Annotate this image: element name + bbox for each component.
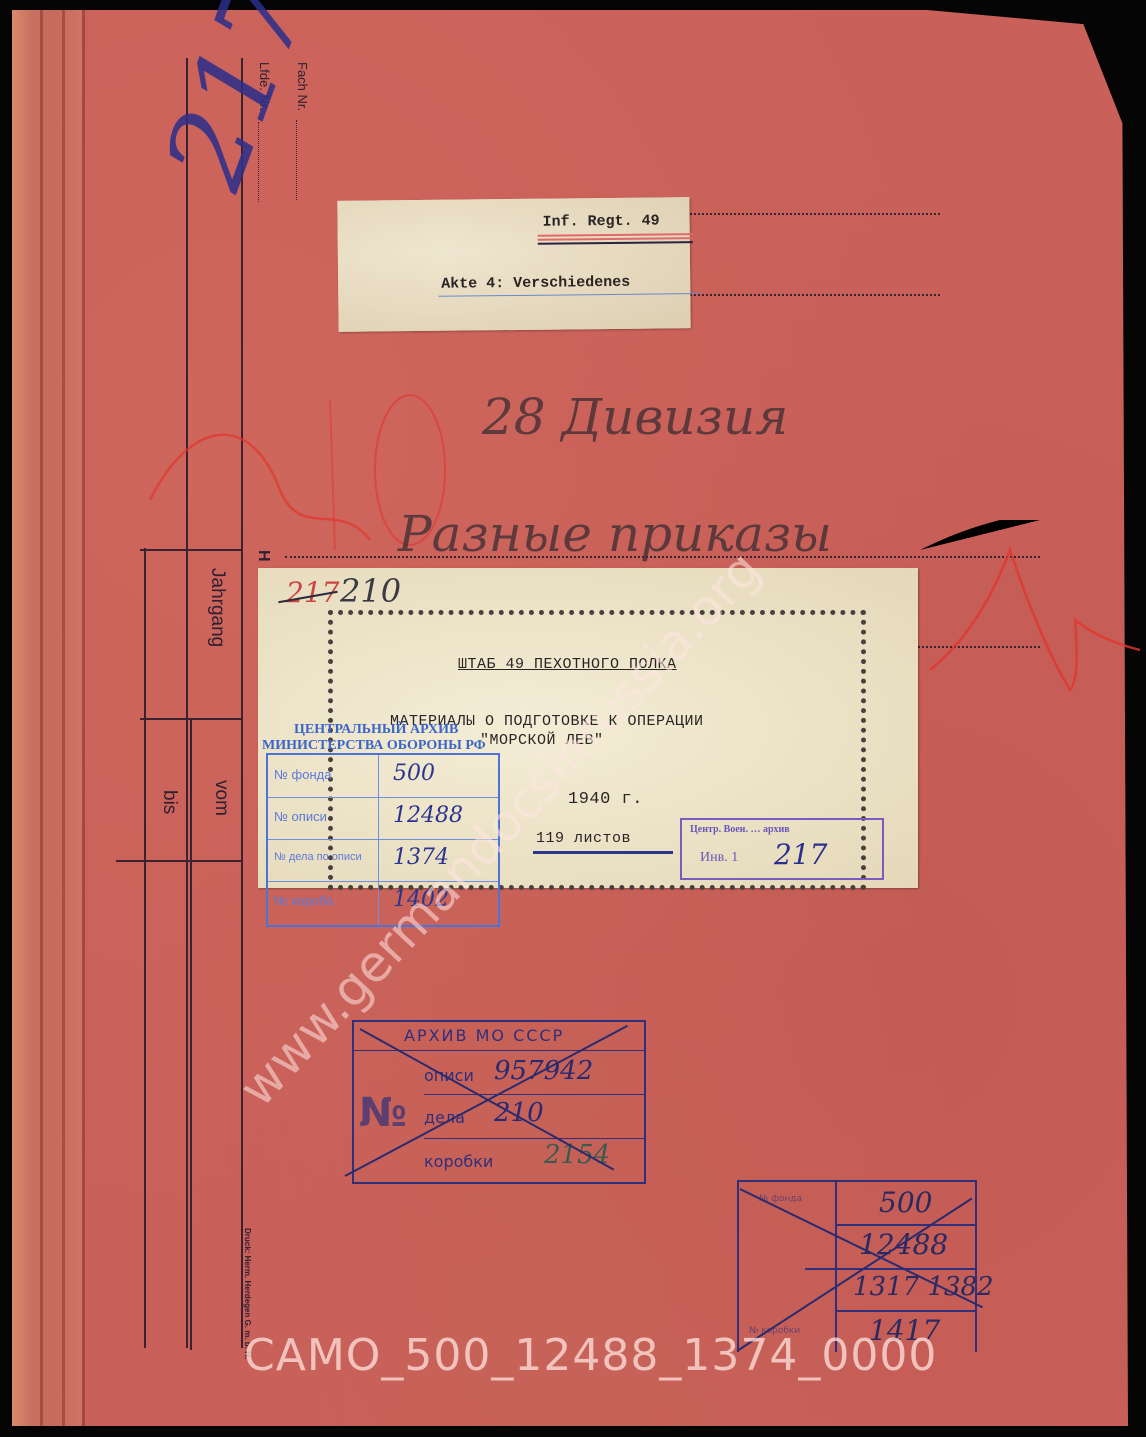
ussr-stamp-header: АРХИВ МО СССР [404, 1026, 564, 1045]
bis-label: bis [158, 790, 180, 814]
black-underline [538, 241, 693, 245]
opis-value: 12488 [859, 1228, 948, 1261]
box-label: № короба [274, 893, 333, 908]
red-underline [538, 233, 693, 237]
inventory-stamp-header: Центр. Воен. … архив [690, 824, 790, 835]
form-rule [140, 718, 242, 720]
form-rule [186, 58, 188, 1348]
german-file-label: Inf. Regt. 49 Akte 4: Verschiedenes [337, 197, 690, 332]
regiment-title: Inf. Regt. 49 [542, 212, 659, 230]
stamp-line [424, 1138, 644, 1139]
inventory-value: 217 [774, 838, 827, 871]
file-description: Akte 4: Verschiedenes [441, 274, 630, 293]
red-crayon-mark [900, 520, 1140, 700]
inventory-label: Инв. 1 [700, 850, 738, 866]
delo-value: 210 [494, 1098, 544, 1128]
form-rule [241, 58, 243, 1348]
form-rule [190, 720, 192, 1350]
number-sign: № [359, 1090, 407, 1136]
spine-crease [82, 10, 85, 1426]
stamp-row-fond: № фонда 500 [268, 755, 498, 798]
file-id-caption: CAMO_500_12488_1374_0000 [244, 1330, 937, 1381]
ussr-archive-stamp: АРХИВ МО СССР № описи 957942 дела 210 ко… [352, 1020, 646, 1184]
fach-nr-field [296, 120, 298, 200]
sheet-count: 119 листов [536, 830, 631, 847]
form-rule [144, 548, 146, 1348]
box-value: 2154 [544, 1140, 610, 1170]
opis-label: № описи [274, 809, 327, 824]
fond-label: № фонда [274, 767, 331, 782]
stamp-line [805, 1268, 975, 1270]
stamp-divider [835, 1182, 837, 1352]
fond-value: 500 [393, 761, 435, 786]
stamp-header-2: МИНИСТЕРСТВА ОБОРОНЫ РФ [262, 738, 486, 754]
folder-spine [12, 10, 82, 1426]
delo-label: № дела по описи [274, 851, 374, 863]
box-label: коробки [424, 1152, 493, 1171]
stamp-line [835, 1224, 975, 1226]
form-rule [116, 860, 242, 862]
spine-crease [62, 10, 65, 1426]
division-note: 28 Дивизия [482, 388, 788, 446]
form-rule [690, 213, 940, 215]
stamp-line [424, 1094, 644, 1095]
stamp-header-1: ЦЕНТРАЛЬНЫЙ АРХИВ [294, 722, 458, 738]
stamp-line [835, 1310, 975, 1312]
inventory-stamp: Центр. Воен. … архив Инв. 1 217 [680, 818, 884, 880]
red-underline [538, 237, 693, 241]
year: 1940 г. [568, 790, 643, 809]
spine-crease [40, 10, 43, 1426]
fond-value: 500 [879, 1186, 932, 1219]
vom-label: vom [210, 780, 232, 816]
opis-value: 12488 [393, 803, 463, 828]
blue-underline [438, 293, 700, 297]
blue-underline [533, 851, 673, 854]
handwritten-note: Разные приказы [398, 505, 832, 563]
form-rule [690, 294, 940, 296]
